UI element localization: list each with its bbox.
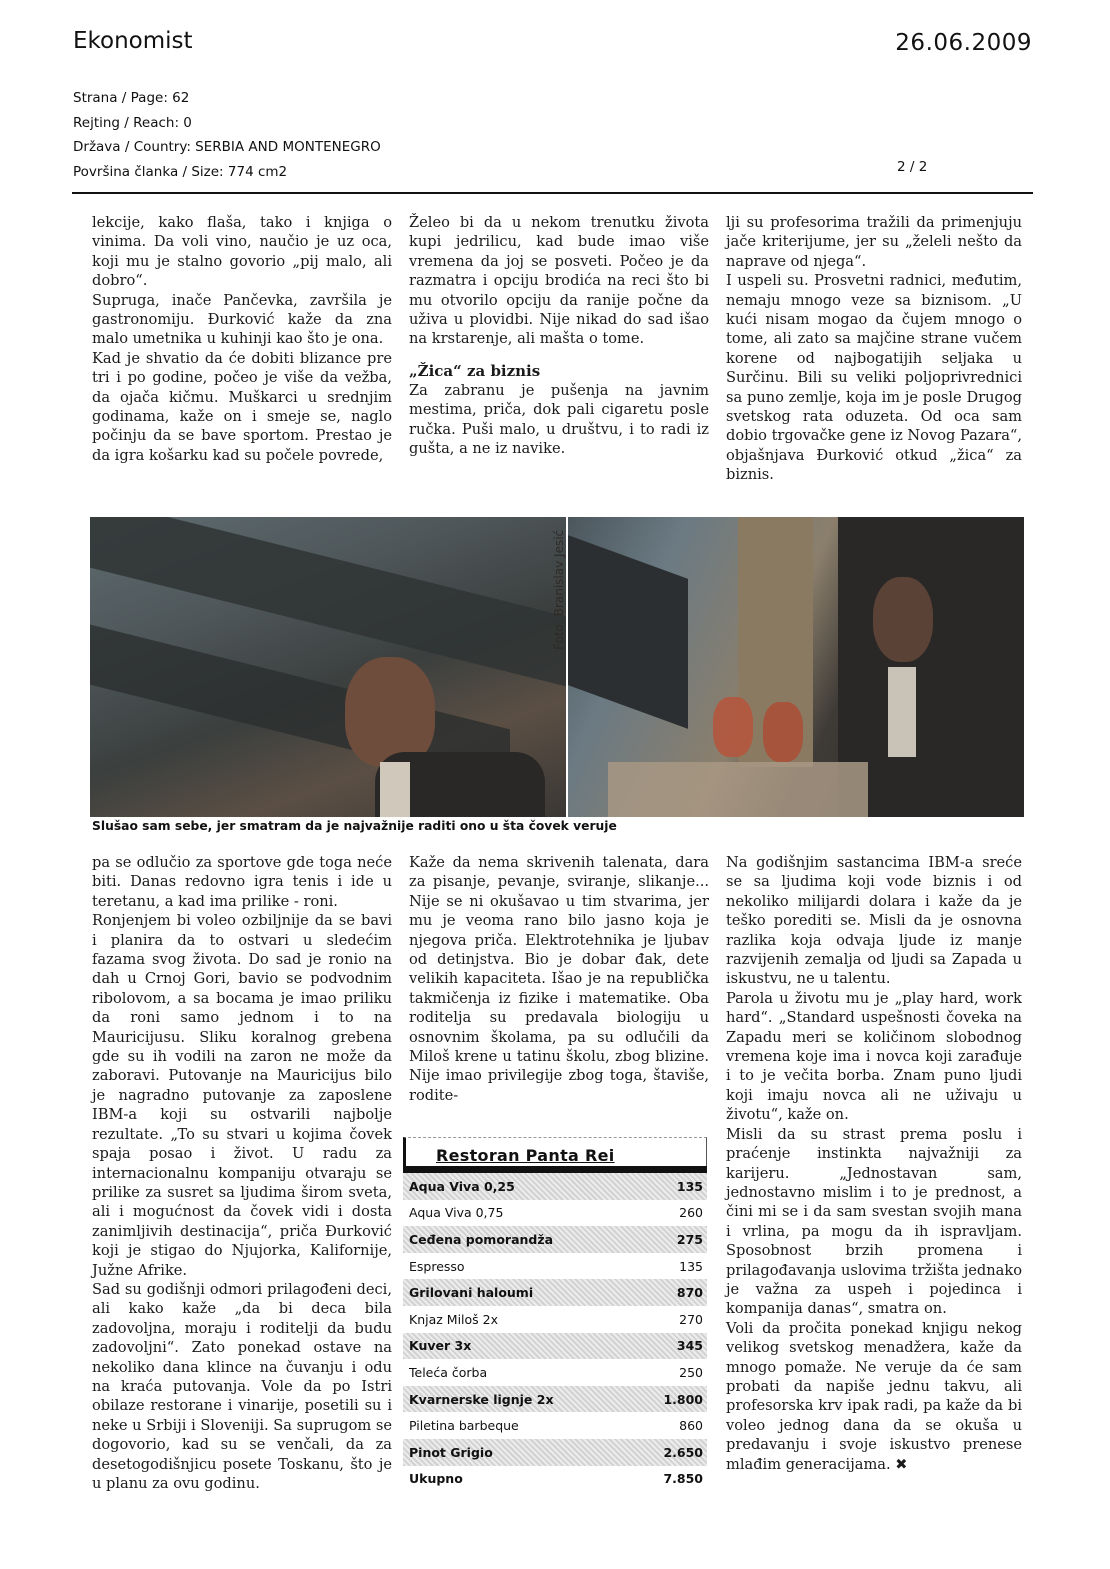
paragraph: I uspeli su. Prosvetni radnici, međutim,… — [726, 271, 1022, 484]
receipt-row: Kuver 3x345 — [403, 1333, 707, 1360]
item-price: 260 — [679, 1205, 703, 1220]
item-name: Knjaz Miloš 2x — [409, 1312, 498, 1327]
item-price: 345 — [677, 1338, 703, 1353]
receipt-total-row: Ukupno7.850 — [403, 1466, 707, 1493]
item-name: Kvarnerske lignje 2x — [409, 1392, 554, 1407]
photo-credit: Foto: Branislav Jesić — [552, 530, 566, 650]
receipt-row: Aqua Viva 0,25135 — [403, 1173, 707, 1200]
publication-title: Ekonomist — [73, 28, 193, 54]
item-name: Pinot Grigio — [409, 1445, 493, 1460]
item-name: Grilovani haloumi — [409, 1285, 533, 1300]
item-price: 860 — [679, 1418, 703, 1433]
paragraph: Za zabranu je pušenja na javnim mestima,… — [409, 381, 709, 459]
paragraph: Parola u životu mu je „play hard, work h… — [726, 989, 1022, 1125]
receipt-row: Aqua Viva 0,75260 — [403, 1200, 707, 1227]
meta-page: Strana / Page: 62 — [73, 86, 381, 111]
item-price: 270 — [679, 1312, 703, 1327]
item-name: Espresso — [409, 1259, 465, 1274]
item-name: Aqua Viva 0,25 — [409, 1179, 515, 1194]
bottom-column-3: Na godišnjim sastancima IBM-a sreće se s… — [726, 853, 1022, 1474]
item-name: Aqua Viva 0,75 — [409, 1205, 503, 1220]
total-value: 7.850 — [663, 1471, 703, 1486]
receipt-row: Kvarnerske lignje 2x1.800 — [403, 1386, 707, 1413]
meta-reach: Rejting / Reach: 0 — [73, 111, 381, 136]
receipt-title: Restoran Panta Rei — [436, 1146, 615, 1165]
receipt-row: Knjaz Miloš 2x270 — [403, 1306, 707, 1333]
top-column-3: lji su profesorima tražili da primenjuju… — [726, 213, 1022, 485]
paragraph: Misli da su strast prema poslu i praćenj… — [726, 1125, 1022, 1319]
item-price: 135 — [677, 1179, 703, 1194]
receipt-row: Piletina barbeque860 — [403, 1412, 707, 1439]
top-column-2: Želeo bi da u nekom trenutku života kupi… — [409, 213, 709, 458]
item-price: 2.650 — [663, 1445, 703, 1460]
restaurant-receipt: Restoran Panta Rei Aqua Viva 0,25135 Aqu… — [403, 1137, 707, 1492]
item-price: 275 — [677, 1232, 703, 1247]
receipt-divider — [403, 1166, 707, 1173]
item-price: 135 — [679, 1259, 703, 1274]
paragraph: Želeo bi da u nekom trenutku života kupi… — [409, 213, 709, 349]
paragraph: Supruga, inače Pančevka, završila je gas… — [92, 291, 392, 349]
item-name: Ceđena pomorandža — [409, 1232, 553, 1247]
item-price: 1.800 — [663, 1392, 703, 1407]
subheading: „Žica“ za biznis — [409, 362, 709, 381]
paragraph: Sad su godišnji odmori prilagođeni deci,… — [92, 1280, 392, 1493]
header-divider — [72, 192, 1033, 194]
publication-date: 26.06.2009 — [895, 30, 1032, 56]
item-name: Piletina barbeque — [409, 1418, 519, 1433]
paragraph: Ronjenjem bi voleo ozbiljnije da se bavi… — [92, 911, 392, 1280]
meta-country: Država / Country: SERBIA AND MONTENEGRO — [73, 135, 381, 160]
paragraph: pa se odlučio za sportove gde toga neće … — [92, 853, 392, 911]
photo-left — [90, 517, 566, 817]
paragraph: lji su profesorima tražili da primenjuju… — [726, 213, 1022, 271]
top-column-1: lekcije, kako flaša, tako i knjiga o vin… — [92, 213, 392, 465]
receipt-row: Ceđena pomorandža275 — [403, 1226, 707, 1253]
paragraph: lekcije, kako flaša, tako i knjiga o vin… — [92, 213, 392, 291]
item-name: Teleća čorba — [409, 1365, 487, 1380]
paragraph: Kaže da nema skrivenih talenata, dara za… — [409, 853, 709, 1105]
article-metadata: Strana / Page: 62 Rejting / Reach: 0 Drž… — [73, 86, 381, 184]
paragraph: Voli da pročita ponekad knjigu nekog vel… — [726, 1319, 1022, 1474]
meta-size: Površina članka / Size: 774 cm2 — [73, 160, 381, 185]
photo-caption: Slušao sam sebe, jer smatram da je najva… — [92, 819, 617, 833]
total-label: Ukupno — [409, 1471, 463, 1486]
paragraph: Na godišnjim sastancima IBM-a sreće se s… — [726, 853, 1022, 989]
receipt-row: Grilovani haloumi870 — [403, 1279, 707, 1306]
receipt-header: Restoran Panta Rei — [403, 1137, 707, 1166]
receipt-row: Teleća čorba250 — [403, 1359, 707, 1386]
item-price: 250 — [679, 1365, 703, 1380]
bottom-column-2: Kaže da nema skrivenih talenata, dara za… — [409, 853, 709, 1105]
photo-right — [568, 517, 1024, 817]
receipt-row: Pinot Grigio2.650 — [403, 1439, 707, 1466]
page-counter: 2 / 2 — [897, 159, 927, 175]
bottom-column-1: pa se odlučio za sportove gde toga neće … — [92, 853, 392, 1493]
receipt-row: Espresso135 — [403, 1253, 707, 1280]
item-price: 870 — [677, 1285, 703, 1300]
paragraph: Kad je shvatio da će dobiti blizance pre… — [92, 349, 392, 465]
item-name: Kuver 3x — [409, 1338, 471, 1353]
